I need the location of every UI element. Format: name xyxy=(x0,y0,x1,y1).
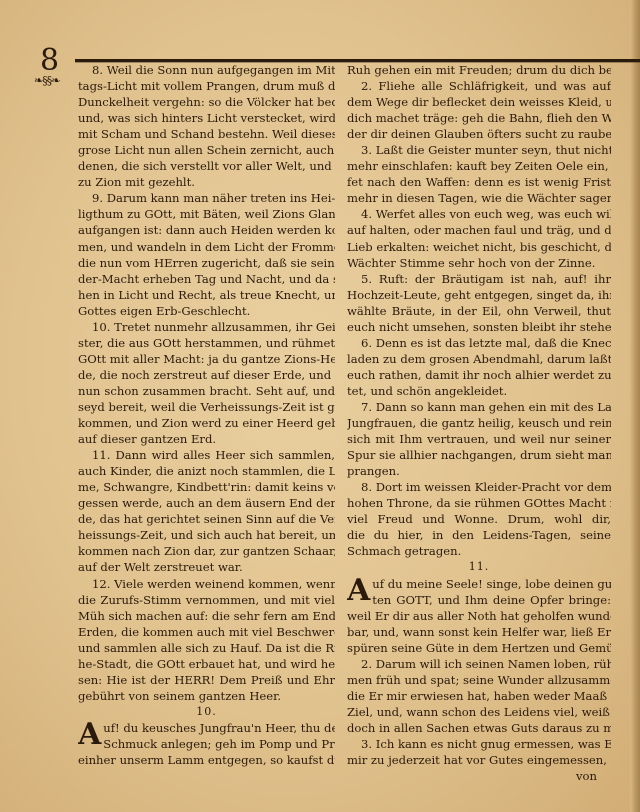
right-column: Ruh gehen ein mit Freuden; drum du dich … xyxy=(347,62,611,784)
verse-line: gebührt von seinem gantzen Heer. xyxy=(78,688,335,704)
verse-line: auf der Welt zerstreuet war. xyxy=(78,559,335,575)
verse-line: 3. Laßt die Geister munter seyn, thut ni… xyxy=(347,142,611,158)
verse-line: mir zu jederzeit hat vor Gutes eingemess… xyxy=(347,752,611,768)
verse-6: 6. Denn es ist das letzte mal, daß die K… xyxy=(347,335,611,399)
verse-line: seyd bereit, weil die Verheissungs-Zeit … xyxy=(78,399,335,415)
verse-line: kommen nach Zion dar, zur gantzen Schaar… xyxy=(78,543,335,559)
verse-line: Müh sich machen auf: die sehr fern am En… xyxy=(78,608,335,624)
verse-line: 8. Dort im weissen Kleider-Pracht vor de… xyxy=(347,479,611,495)
verse-line: ligthum zu GOtt, mit Bäten, weil Zions G… xyxy=(78,206,335,222)
verse-line: 2. Fliehe alle Schläfrigkeit, und was au… xyxy=(347,78,611,94)
verse-line: 2. Darum will ich seinen Namen loben, rü… xyxy=(347,656,611,672)
verse-line: bar, und, wann sonst kein Helfer war, li… xyxy=(347,624,611,640)
verse-line: auf halten, oder machen faul und träg, u… xyxy=(347,222,611,238)
hymn-11: 11. A uf du meine Seele! singe, lobe dei… xyxy=(347,559,611,784)
verse-8: 8. Weil die Sonn nun aufgegangen im Mit-… xyxy=(78,62,335,190)
verse-line: 9. Darum kann man näher treten ins Hei- xyxy=(78,190,335,206)
verse-line: die Zurufs-Stimm vernommen, und mit viel xyxy=(78,592,335,608)
verse-line: sen: Hie ist der HERR! Dem Preiß und Ehr xyxy=(78,672,335,688)
left-column: 8. Weil die Sonn nun aufgegangen im Mit-… xyxy=(78,62,335,768)
page-number: 8 xyxy=(40,44,59,78)
verse-line: doch in allen Sachen etwas Guts daraus z… xyxy=(347,720,611,736)
verse-line: tet, und schön angekleidet. xyxy=(347,383,611,399)
verse-line: 4. Werfet alles von euch weg, was euch w… xyxy=(347,206,611,222)
continuation-line: Ruh gehen ein mit Freuden; drum du dich … xyxy=(347,62,611,78)
hymn-11-verse-3: 3. Ich kann es nicht gnug ermessen, was … xyxy=(347,736,611,768)
verse-line: 3. Ich kann es nicht gnug ermessen, was … xyxy=(347,736,611,752)
verse-line: grose Licht nun allen Schein zernicht, a… xyxy=(78,142,335,158)
verse-line: die Er mir erwiesen hat, haben weder Maa… xyxy=(347,688,611,704)
verse-line: heissungs-Zeit, und sich auch hat bereit… xyxy=(78,527,335,543)
verse-line: Schmach getragen. xyxy=(347,543,611,559)
verse-line: hen in Licht und Recht, als treue Knecht… xyxy=(78,287,335,303)
verse-line: sich mit Ihm vertrauen, und weil nur sei… xyxy=(347,431,611,447)
verse-line: die du hier, in den Leidens-Tagen, seine xyxy=(347,527,611,543)
verse-2: 2. Fliehe alle Schläfrigkeit, und was au… xyxy=(347,78,611,142)
page-edge xyxy=(630,0,640,812)
verse-line: ten GOTT, und Ihm deine Opfer bringe: xyxy=(372,592,611,608)
verse-line: nun schon zusammen bracht. Seht auf, und xyxy=(78,383,335,399)
verse-line: und sammlen alle sich zu Hauf. Da ist di… xyxy=(78,640,335,656)
verse-line: der dir deinen Glauben öfters sucht zu r… xyxy=(347,126,611,142)
verse-line: und, was sich hinters Licht verstecket, … xyxy=(78,110,335,126)
verse-line: dem Wege dir beflecket dein weisses Klei… xyxy=(347,94,611,110)
verse-line: uf du meine Seele! singe, lobe deinen gu… xyxy=(372,576,611,592)
verse-line: zu Zion mit gezehlt. xyxy=(78,174,335,190)
ornament-icon: ❧§§❧ xyxy=(34,74,59,87)
verse-line: 5. Ruft: der Bräutigam ist nah, auf! ihr xyxy=(347,271,611,287)
verse-line: 7. Dann so kann man gehen ein mit des La… xyxy=(347,399,611,415)
verse-12: 12. Viele werden weinend kommen, wenn si… xyxy=(78,576,335,704)
verse-line: kommen, und Zion werd zu einer Heerd geb… xyxy=(78,415,335,431)
verse-line: fet nach den Waffen: denn es ist wenig F… xyxy=(347,174,611,190)
verse-3: 3. Laßt die Geister munter seyn, thut ni… xyxy=(347,142,611,206)
hymn-11-verse-2: 2. Darum will ich seinen Namen loben, rü… xyxy=(347,656,611,736)
dropcap-letter: A xyxy=(78,721,101,749)
verse-line: auf dieser gantzen Erd. xyxy=(78,431,335,447)
verse-line: viel Freud und Wonne. Drum, wohl dir, xyxy=(347,511,611,527)
verse-line: 12. Viele werden weinend kommen, wenn si… xyxy=(78,576,335,592)
verse-line: mehr in diesen Tagen, wie die Wächter sa… xyxy=(347,190,611,206)
verse-line: weil Er dir aus aller Noth hat geholfen … xyxy=(347,608,611,624)
hymn-opening: A uf! du keusches Jungfrau'n Heer, thu d… xyxy=(78,720,335,752)
verse-line: Lieb erkalten: weichet nicht, bis geschi… xyxy=(347,239,611,255)
verse-line: ster, die aus GOtt herstammen, und rühme… xyxy=(78,335,335,351)
verse-line: Ziel, und, wann schon des Leidens viel, … xyxy=(347,704,611,720)
verse-line: Dunckelheit vergehn: so die Völcker hat … xyxy=(78,94,335,110)
verse-line: Spur sie allhier nachgangen, drum sieht … xyxy=(347,447,611,463)
verse-line: Jungfrauen, die gantz heilig, keusch und… xyxy=(347,415,611,431)
verse-line: he-Stadt, die GOtt erbauet hat, und wird… xyxy=(78,656,335,672)
verse-10: 10. Tretet nunmehr allzusammen, ihr Gei-… xyxy=(78,319,335,447)
verse-line: me, Schwangre, Kindbett'rin: damit keins… xyxy=(78,479,335,495)
verse-line: Erden, die kommen auch mit viel Beschwer… xyxy=(78,624,335,640)
verse-line: dich machet träge: geh die Bahn, flieh d… xyxy=(347,110,611,126)
verse-line: uf! du keusches Jungfrau'n Heer, thu den xyxy=(103,720,335,736)
verse-line: prangen. xyxy=(347,463,611,479)
verse-line: wählte Bräute, in der Eil, ohn Verweil, … xyxy=(347,303,611,319)
verse-line: euch rathen, damit ihr noch alhier werde… xyxy=(347,367,611,383)
verse-line: euch nicht umsehen, sonsten bleibt ihr s… xyxy=(347,319,611,335)
verse-line: de, das hat gerichtet seinen Sinn auf di… xyxy=(78,511,335,527)
verse-line: spüren seine Güte in dem Hertzen und Gem… xyxy=(347,640,611,656)
verse-line: Gottes eigen Erb-Geschlecht. xyxy=(78,303,335,319)
hymn-number: 11. xyxy=(347,559,611,575)
verse-line: hohen Throne, da sie rühmen GOttes Macht… xyxy=(347,495,611,511)
verse-line: 6. Denn es ist das letzte mal, daß die K… xyxy=(347,335,611,351)
catchword: von xyxy=(347,768,611,784)
hymn-opening: A uf du meine Seele! singe, lobe deinen … xyxy=(347,576,611,608)
verse-line: GOtt mit aller Macht: ja du gantze Zions… xyxy=(78,351,335,367)
verse-8-right: 8. Dort im weissen Kleider-Pracht vor de… xyxy=(347,479,611,559)
verse-line: einher unserm Lamm entgegen, so kaufst d… xyxy=(78,752,335,768)
verse-line: aufgangen ist: dann auch Heiden werden k… xyxy=(78,222,335,238)
verse-line: Hochzeit-Leute, geht entgegen, singet da… xyxy=(347,287,611,303)
verse-line: 8. Weil die Sonn nun aufgegangen im Mit- xyxy=(78,62,335,78)
verse-4: 4. Werfet alles von euch weg, was euch w… xyxy=(347,206,611,270)
verse-line: mit Scham und Schand bestehn. Weil diese… xyxy=(78,126,335,142)
verse-line: der-Macht erheben Tag und Nacht, und da … xyxy=(78,271,335,287)
verse-line: tags-Licht mit vollem Prangen, drum muß … xyxy=(78,78,335,94)
verse-line: die nun vom HErren zugericht, daß sie se… xyxy=(78,255,335,271)
hymn-10: 10. A uf! du keusches Jungfrau'n Heer, t… xyxy=(78,704,335,768)
verse-5: 5. Ruft: der Bräutigam ist nah, auf! ihr… xyxy=(347,271,611,335)
verse-line: men früh und spat; seine Wunder allzusam… xyxy=(347,672,611,688)
verse-line: auch Kinder, die anizt noch stammlen, di… xyxy=(78,463,335,479)
verse-line: laden zu dem grosen Abendmahl, darum laß… xyxy=(347,351,611,367)
verse-line: gessen werde, auch an dem äusern End der… xyxy=(78,495,335,511)
verse-11: 11. Dann wird alles Heer sich sammlen, a… xyxy=(78,447,335,575)
verse-line: men, und wandeln in dem Licht der Fromme… xyxy=(78,239,335,255)
dropcap-letter: A xyxy=(347,577,370,605)
verse-line: 10. Tretet nunmehr allzusammen, ihr Gei- xyxy=(78,319,335,335)
hymn-number: 10. xyxy=(78,704,335,720)
verse-line: denen, die sich verstellt vor aller Welt… xyxy=(78,158,335,174)
verse-line: Schmuck anlegen; geh im Pomp und Prache xyxy=(103,736,335,752)
verse-line: de, die noch zerstreut auf dieser Erde, … xyxy=(78,367,335,383)
verse-line: 11. Dann wird alles Heer sich sammlen, xyxy=(78,447,335,463)
verse-7: 7. Dann so kann man gehen ein mit des La… xyxy=(347,399,611,479)
verse-line: mehr einschlafen: kauft bey Zeiten Oele … xyxy=(347,158,611,174)
verse-9: 9. Darum kann man näher treten ins Hei- … xyxy=(78,190,335,318)
verse-line: Wächter Stimme sehr hoch von der Zinne. xyxy=(347,255,611,271)
